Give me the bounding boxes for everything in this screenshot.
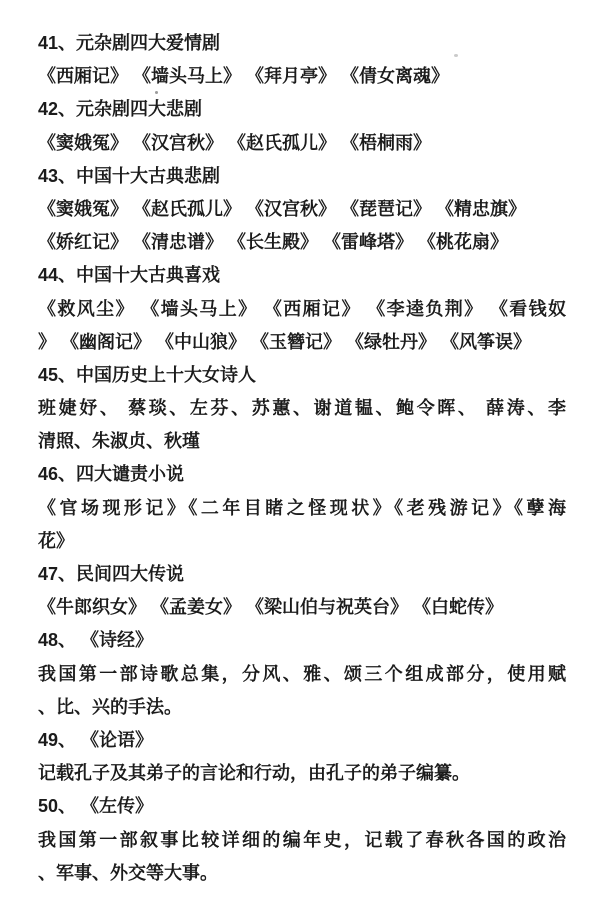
list-item-50: 50、 《左传》 我国第一部叙事比较详细的编年史，记载了春秋各国的政治 、军事、…	[38, 790, 566, 890]
item-body-line: 《牛郎织女》 《孟姜女》 《梁山伯与祝英台》 《白蛇传》	[38, 591, 566, 624]
list-item-47: 47、民间四大传说 《牛郎织女》 《孟姜女》 《梁山伯与祝英台》 《白蛇传》	[38, 558, 566, 624]
list-item-42: 42、元杂剧四大悲剧 《窦娥冤》 《汉宫秋》 《赵氏孤儿》 《梧桐雨》	[38, 93, 566, 159]
item-body-line: 《救风尘》 《墙头马上》 《西厢记》 《李逵负荆》 《看钱奴	[38, 293, 566, 326]
item-heading: 42、元杂剧四大悲剧	[38, 93, 566, 126]
list-item-46: 46、四大谴责小说 《官场现形记》《二年目睹之怪现状》《老残游记》《孽海 花》	[38, 458, 566, 558]
item-heading: 48、 《诗经》	[38, 624, 566, 657]
list-item-45: 45、中国历史上十大女诗人 班婕妤、 蔡琰、左芬、苏蕙、谢道韫、鲍令晖、 薛涛、…	[38, 359, 566, 459]
item-heading: 47、民间四大传说	[38, 558, 566, 591]
item-body-line: 、军事、外交等大事。	[38, 857, 566, 890]
item-heading: 45、中国历史上十大女诗人	[38, 359, 566, 392]
item-heading: 49、 《论语》	[38, 724, 566, 757]
item-heading: 41、元杂剧四大爱情剧	[38, 27, 566, 60]
item-body-line: 《娇红记》 《清忠谱》 《长生殿》 《雷峰塔》 《桃花扇》	[38, 226, 566, 259]
item-body-line: 清照、朱淑贞、秋瑾	[38, 425, 566, 458]
item-body-line: 、比、兴的手法。	[38, 691, 566, 724]
item-body-line: 我国第一部叙事比较详细的编年史，记载了春秋各国的政治	[38, 824, 566, 857]
item-body-line: 》 《幽阁记》 《中山狼》 《玉簪记》 《绿牡丹》 《风筝误》	[38, 326, 566, 359]
list-item-49: 49、 《论语》 记载孔子及其弟子的言论和行动，由孔子的弟子编纂。	[38, 724, 566, 790]
item-body-line: 我国第一部诗歌总集，分风、雅、颂三个组成部分，使用赋	[38, 658, 566, 691]
item-heading: 46、四大谴责小说	[38, 458, 566, 491]
scan-artifact-dot	[155, 91, 158, 94]
list-item-41: 41、元杂剧四大爱情剧 《西厢记》 《墙头马上》 《拜月亭》 《倩女离魂》	[38, 27, 566, 93]
list-item-48: 48、 《诗经》 我国第一部诗歌总集，分风、雅、颂三个组成部分，使用赋 、比、兴…	[38, 624, 566, 724]
document-body: 41、元杂剧四大爱情剧 《西厢记》 《墙头马上》 《拜月亭》 《倩女离魂》 42…	[0, 0, 600, 890]
item-body-line: 记载孔子及其弟子的言论和行动，由孔子的弟子编纂。	[38, 757, 566, 790]
list-item-43: 43、中国十大古典悲剧 《窦娥冤》 《赵氏孤儿》 《汉宫秋》 《琵琶记》 《精忠…	[38, 160, 566, 260]
scan-artifact-dot	[454, 54, 458, 57]
list-item-44: 44、中国十大古典喜戏 《救风尘》 《墙头马上》 《西厢记》 《李逵负荆》 《看…	[38, 259, 566, 359]
item-body-line: 班婕妤、 蔡琰、左芬、苏蕙、谢道韫、鲍令晖、 薛涛、李	[38, 392, 566, 425]
item-heading: 43、中国十大古典悲剧	[38, 160, 566, 193]
item-body-line: 《窦娥冤》 《汉宫秋》 《赵氏孤儿》 《梧桐雨》	[38, 127, 566, 160]
item-body-line: 《西厢记》 《墙头马上》 《拜月亭》 《倩女离魂》	[38, 60, 566, 93]
item-body-line: 《官场现形记》《二年目睹之怪现状》《老残游记》《孽海	[38, 492, 566, 525]
item-heading: 50、 《左传》	[38, 790, 566, 823]
item-body-line: 《窦娥冤》 《赵氏孤儿》 《汉宫秋》 《琵琶记》 《精忠旗》	[38, 193, 566, 226]
item-body-line: 花》	[38, 525, 566, 558]
item-heading: 44、中国十大古典喜戏	[38, 259, 566, 292]
document-page: 41、元杂剧四大爱情剧 《西厢记》 《墙头马上》 《拜月亭》 《倩女离魂》 42…	[0, 0, 600, 913]
